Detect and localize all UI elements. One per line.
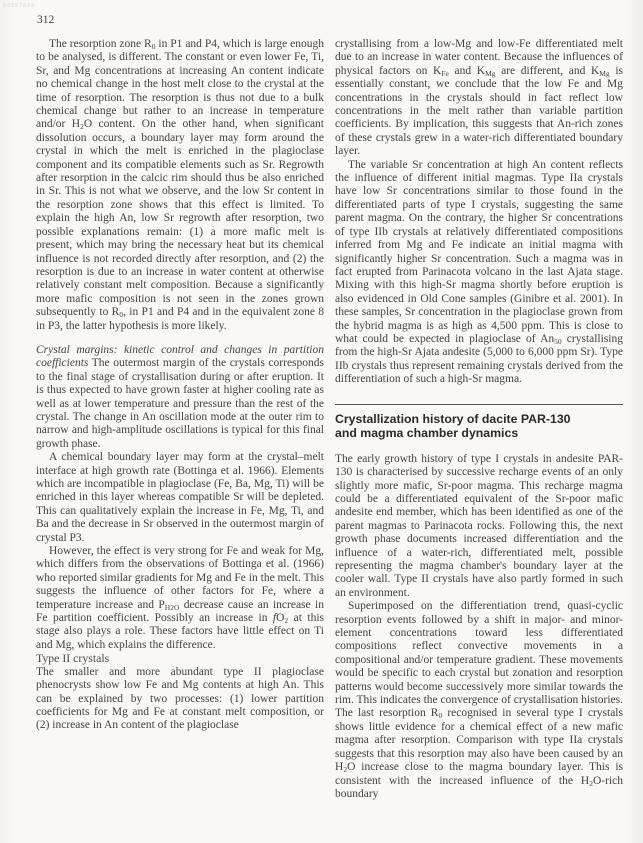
section-crystallization-history: Crystallization history of dacite PAR-13…	[335, 404, 623, 441]
section-heading: Crystallization history of dacite PAR-13…	[335, 412, 623, 441]
paragraph-fe-mg-effect: However, the effect is very strong for F…	[36, 545, 324, 652]
paragraph-early-growth-history: The early growth history of type I cryst…	[335, 453, 623, 600]
paragraph-resorption-zone: The resorption zone R0 in P1 and P4, whi…	[36, 38, 324, 333]
journal-page: 00057848 312 The resorption zone R0 in P…	[0, 0, 643, 843]
paragraph-type-ii-intro: The smaller and more abundant type II pl…	[36, 666, 324, 733]
paragraph-superimposed-trend: Superimposed on the differentiation tren…	[335, 600, 623, 801]
paragraph-chemical-boundary-layer: A chemical boundary layer may form at th…	[36, 451, 324, 545]
right-column: crystallising from a low-Mg and low-Fe d…	[335, 38, 623, 801]
paragraph-crystallising-continuation: crystallising from a low-Mg and low-Fe d…	[335, 38, 623, 159]
paragraph-variable-sr: The variable Sr concentration at high An…	[335, 159, 623, 387]
subheading-type-ii-crystals: Type II crystals	[36, 652, 324, 665]
section-heading-line2: and magma chamber dynamics	[335, 426, 623, 441]
scan-stamp: 00057848	[3, 3, 35, 9]
section-heading-line1: Crystallization history of dacite PAR-13…	[335, 412, 623, 427]
left-column: The resorption zone R0 in P1 and P4, whi…	[36, 38, 324, 733]
section-rule	[335, 404, 623, 405]
page-number: 312	[37, 14, 54, 26]
paragraph-crystal-margins: Crystal margins: kinetic control and cha…	[36, 344, 324, 451]
